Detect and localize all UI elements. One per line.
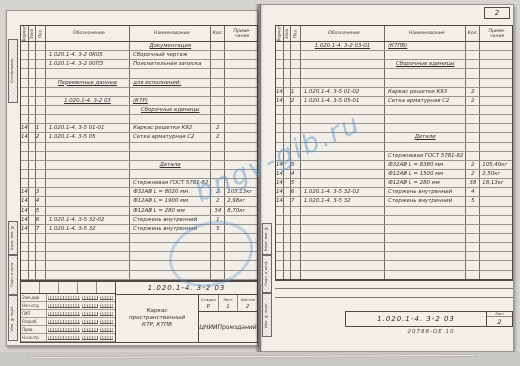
margin-label: Инв. № подл. <box>263 294 271 336</box>
cell-zone <box>29 170 36 178</box>
cell-designation: 1.020.1-4. 3-2 0К05 <box>46 51 130 59</box>
cell-format <box>276 252 284 260</box>
cell-format: 14 <box>21 207 29 215</box>
titleblock-right-docbox: 1.020.1-4. 3-2 03 Лист 2 <box>345 311 513 327</box>
cell-name: Детали <box>130 161 211 169</box>
cell-note <box>225 69 257 77</box>
spec-header: Формат Зона Поз. Обозначение Наименовани… <box>21 26 257 42</box>
cell-designation: 1.020.1-4. 3-5 01-02 <box>301 88 385 96</box>
date-scribble <box>100 304 113 308</box>
cell-designation <box>301 252 385 260</box>
cell-zone <box>29 252 36 260</box>
cell-name: Детали <box>385 133 466 141</box>
cell-zone <box>284 106 291 114</box>
cell-qty <box>211 261 225 269</box>
cell-note <box>225 115 257 123</box>
cell-zone <box>29 234 36 242</box>
cell-note <box>480 252 512 260</box>
cell-note: 2,98кг <box>225 197 257 205</box>
table-row <box>276 115 512 124</box>
cell-zone <box>284 124 291 132</box>
table-row: 14 1 1.020.1-4. 3-5 01-02 Каркас решетки… <box>276 88 512 97</box>
cell-format <box>21 106 29 114</box>
cell-zone <box>29 179 36 187</box>
cell-format <box>276 261 284 269</box>
table-row: 14 6 1.020.1-4. 3-5 32-02 Стержень внутр… <box>276 188 512 197</box>
role-label: Зам.дир. <box>21 294 47 301</box>
table-row <box>276 143 512 152</box>
cell-format <box>21 42 29 50</box>
cell-pos <box>291 234 301 242</box>
table-row: Документация <box>21 42 257 51</box>
cell-designation <box>46 69 130 77</box>
cell-qty <box>466 207 480 215</box>
cell-name: Ф12АⅢ L = 280 мм <box>385 179 466 187</box>
cell-zone <box>284 79 291 87</box>
cell-note <box>225 261 257 269</box>
col-designation: Обозначение <box>301 26 385 41</box>
cell-note <box>225 179 257 187</box>
cell-pos <box>291 115 301 123</box>
cell-name: Ф32АⅢ L = 8380 мм <box>385 161 466 169</box>
cell-qty: 5 <box>211 225 225 233</box>
cell-note <box>480 234 512 242</box>
cell-name <box>385 234 466 242</box>
cell-designation: 1.020.1-4. 3-5 05-01 <box>301 97 385 105</box>
cell-note <box>225 234 257 242</box>
table-row <box>21 88 257 97</box>
cell-pos <box>291 60 301 68</box>
cell-designation <box>301 79 385 87</box>
cell-qty: 2 <box>211 188 225 196</box>
cell-note <box>225 161 257 169</box>
cell-pos <box>36 179 46 187</box>
table-row <box>21 271 257 280</box>
table-row: 14 6 1.020.1-4. 3-5 32-02 Стержень внутр… <box>21 216 257 225</box>
cell-qty <box>211 152 225 160</box>
stage-grid: Стадия Лист Листов Р 1 2 <box>199 295 257 312</box>
cell-designation <box>301 161 385 169</box>
cell-pos <box>291 152 301 160</box>
cell-qty <box>466 124 480 132</box>
cell-note <box>225 60 257 68</box>
col-pos: Поз. <box>291 26 301 41</box>
table-row <box>21 252 257 261</box>
cell-format: 14 <box>21 197 29 205</box>
cell-qty <box>211 106 225 114</box>
cell-format <box>276 51 284 59</box>
cell-pos <box>36 106 46 114</box>
cell-zone <box>29 188 36 196</box>
cell-zone <box>29 97 36 105</box>
cell-qty <box>466 51 480 59</box>
cell-zone <box>29 106 36 114</box>
cell-qty <box>211 243 225 251</box>
cell-pos <box>291 261 301 269</box>
handwritten-name <box>48 296 80 300</box>
cell-note <box>225 97 257 105</box>
cell-note <box>225 271 257 279</box>
cell-format <box>276 234 284 242</box>
cell-designation: 1.020.1-4. 3-5 32-02 <box>46 216 130 224</box>
cell-pos <box>36 88 46 96</box>
col-qty: Кол. <box>211 26 225 41</box>
cell-format: 14 <box>21 188 29 196</box>
cell-format <box>276 60 284 68</box>
cell-designation <box>301 234 385 242</box>
cell-name: Сборочные единицы <box>385 60 466 68</box>
margin-label: Инв. № подл. <box>9 296 17 340</box>
cell-pos: 1 <box>36 124 46 132</box>
cell-pos <box>291 133 301 141</box>
document-title: Каркас пространственный К7Р, К7ПВ <box>116 295 199 342</box>
cell-format <box>21 79 29 87</box>
margin-box-podp: Подп. и дата <box>262 255 272 293</box>
col-designation: Обозначение <box>46 26 130 41</box>
cell-zone <box>284 51 291 59</box>
signature-scribble <box>82 296 98 300</box>
cell-designation <box>301 106 385 114</box>
archive-stamp: 20788-ОЕ 10 <box>371 329 491 335</box>
cell-designation <box>46 252 130 260</box>
titleblock-left: Зам.дир. Нач.отд. <box>20 281 258 343</box>
cell-designation: 1.020.1-4. 3-5 01-01 <box>46 124 130 132</box>
cell-pos <box>291 143 301 151</box>
cell-designation <box>46 115 130 123</box>
cell-designation: 1.020.1-4. 3-2 03 <box>46 97 130 105</box>
col-pos: Поз. <box>36 26 46 41</box>
cell-designation <box>46 271 130 279</box>
cell-qty: 2 <box>211 124 225 132</box>
cell-qty <box>211 234 225 242</box>
cell-designation <box>301 271 385 279</box>
cell-pos: 1 <box>291 88 301 96</box>
cell-note <box>225 243 257 251</box>
cell-format <box>276 133 284 141</box>
margin-label: Взам. инв. № <box>9 222 17 254</box>
cell-format: 14 <box>21 216 29 224</box>
cell-note: 18,13кг <box>480 179 512 187</box>
cell-qty <box>466 60 480 68</box>
cell-format <box>21 234 29 242</box>
cell-format <box>276 106 284 114</box>
cell-note <box>480 271 512 279</box>
col-zone: Зона <box>284 26 291 41</box>
cell-note <box>480 88 512 96</box>
cell-name <box>130 88 211 96</box>
cell-designation <box>46 188 130 196</box>
table-row: 14 2 1.020.1-4. 3-5 05 Сетка арматурная … <box>21 133 257 142</box>
cell-zone <box>284 152 291 160</box>
titleblock-right-grid <box>275 279 513 297</box>
table-row <box>21 152 257 161</box>
cell-name <box>385 115 466 123</box>
table-row: 1.020.1-4. 3-2 00ПЗ Пояснительная записк… <box>21 60 257 69</box>
cell-qty <box>211 69 225 77</box>
margin-label: Согласовано <box>9 40 17 102</box>
cell-note <box>480 42 512 50</box>
cell-name <box>130 271 211 279</box>
cell-designation <box>46 261 130 269</box>
cell-name: Каркас решетки К93 <box>385 88 466 96</box>
cell-format <box>21 170 29 178</box>
cell-zone <box>284 60 291 68</box>
cell-pos <box>36 69 46 77</box>
cell-designation <box>301 261 385 269</box>
cell-designation <box>46 42 130 50</box>
table-row: 14 5 Ф12АⅢ L = 280 мм 38 18,13кг <box>276 179 512 188</box>
cell-name <box>385 79 466 87</box>
table-row: 14 1 1.020.1-4. 3-5 01-01 Каркас решетки… <box>21 124 257 133</box>
cell-pos <box>36 143 46 151</box>
margin-box-agreed: Согласовано <box>8 39 18 103</box>
cell-pos <box>36 152 46 160</box>
cell-zone <box>284 143 291 151</box>
cell-pos <box>291 69 301 77</box>
cell-format <box>21 161 29 169</box>
cell-zone <box>284 197 291 205</box>
cell-format <box>21 261 29 269</box>
cell-name <box>385 143 466 151</box>
cell-note <box>480 225 512 233</box>
cell-name <box>385 69 466 77</box>
handwritten-name <box>48 320 80 324</box>
cell-format: 14 <box>21 133 29 141</box>
table-row: 1.020.1-4. 3-2 03-01 (К7ПВ) <box>276 42 512 51</box>
cell-note: 105,13кг <box>225 188 257 196</box>
cell-pos <box>36 42 46 50</box>
spec-rows-left: Документация 1.020.1-4. 3-2 0К05 Сборочн… <box>21 42 257 280</box>
cell-note <box>480 143 512 151</box>
cell-name: Стержень внутренний <box>130 216 211 224</box>
cell-name: Сборочный чертеж <box>130 51 211 59</box>
handwritten-name <box>48 336 80 340</box>
cell-note <box>480 69 512 77</box>
cell-qty <box>466 152 480 160</box>
cell-qty: 2 <box>211 133 225 141</box>
cell-zone <box>29 152 36 160</box>
margin-box-podp: Подп. и дата <box>8 255 18 295</box>
cell-zone <box>29 60 36 68</box>
cell-name: Стержень внутренний <box>385 188 466 196</box>
cell-designation <box>46 143 130 151</box>
cell-note <box>480 60 512 68</box>
cell-format <box>276 69 284 77</box>
cell-format <box>276 243 284 251</box>
cell-qty <box>466 133 480 141</box>
cell-designation <box>301 179 385 187</box>
cell-zone <box>29 79 36 87</box>
table-row <box>21 261 257 270</box>
margin-label: Взам. инв. № <box>263 224 271 254</box>
table-row <box>276 234 512 243</box>
col-name: Наименование <box>385 26 466 41</box>
cell-name <box>130 234 211 242</box>
col-format: Формат <box>276 26 284 41</box>
margin-label: Подп. и дата <box>263 256 271 292</box>
scanned-document-background: Согласовано Взам. инв. № Подп. и дата Ин… <box>0 0 520 366</box>
cell-format: 14 <box>276 161 284 169</box>
signature-column: Зам.дир. Нач.отд. <box>21 282 116 342</box>
cell-format: 14 <box>276 170 284 178</box>
cell-zone <box>29 143 36 151</box>
table-row: 14 2 1.020.1-4. 3-5 05-01 Сетка арматурн… <box>276 97 512 106</box>
role-label: Пров. <box>21 326 47 333</box>
cell-pos: 5 <box>291 179 301 187</box>
cell-format: 14 <box>21 225 29 233</box>
cell-zone <box>284 115 291 123</box>
table-row <box>21 234 257 243</box>
cell-zone <box>29 115 36 123</box>
cell-pos: 7 <box>291 197 301 205</box>
cell-designation <box>301 133 385 141</box>
cell-qty <box>211 97 225 105</box>
cell-qty <box>211 42 225 50</box>
margin-box-inv: Инв. № подл. <box>262 293 272 337</box>
table-row: 1.020.1-4. 3-2 03 (К7Р) <box>21 97 257 106</box>
document-number: 1.020.1-4. 3-2 03 <box>116 282 257 295</box>
cell-format <box>21 115 29 123</box>
cell-name <box>385 207 466 215</box>
cell-note <box>225 79 257 87</box>
cell-pos <box>291 106 301 114</box>
cell-note <box>480 243 512 251</box>
cell-note <box>225 133 257 141</box>
cell-qty: 4 <box>466 188 480 196</box>
signature-row: Нач.отд. <box>21 302 115 310</box>
cell-name: Пояснительная записка <box>130 60 211 68</box>
cell-qty <box>211 252 225 260</box>
cell-qty <box>211 161 225 169</box>
cell-qty <box>211 179 225 187</box>
cell-zone <box>284 179 291 187</box>
cell-zone <box>284 243 291 251</box>
cell-pos: 3 <box>36 188 46 196</box>
cell-zone <box>284 234 291 242</box>
cell-name <box>385 261 466 269</box>
signature-row: Разраб. <box>21 318 115 326</box>
cell-designation <box>46 243 130 251</box>
cell-format <box>21 97 29 105</box>
cell-note <box>480 79 512 87</box>
table-row <box>276 243 512 252</box>
cell-format: 14 <box>21 124 29 132</box>
cell-qty <box>466 252 480 260</box>
cell-name: Документация <box>130 42 211 50</box>
cell-designation <box>46 170 130 178</box>
cell-designation <box>301 69 385 77</box>
cell-pos <box>36 234 46 242</box>
date-scribble <box>100 320 113 324</box>
role-label: Н.контр. <box>21 334 47 341</box>
spec-table-left: Формат Зона Поз. Обозначение Наименовани… <box>20 25 258 281</box>
cell-zone <box>284 261 291 269</box>
cell-qty <box>466 271 480 279</box>
change-strip <box>21 282 115 294</box>
cell-format: 14 <box>276 179 284 187</box>
table-row <box>21 243 257 252</box>
cell-note <box>225 143 257 151</box>
cell-note <box>225 88 257 96</box>
cell-designation <box>46 88 130 96</box>
cell-format <box>21 51 29 59</box>
cell-zone <box>29 42 36 50</box>
cell-note: 8,70кг <box>225 207 257 215</box>
cell-format <box>276 207 284 215</box>
role-label: ГИП <box>21 310 47 317</box>
sheet-left: Согласовано Взам. инв. № Подп. и дата Ин… <box>6 10 258 346</box>
cell-qty <box>211 271 225 279</box>
cell-qty <box>211 115 225 123</box>
cell-designation <box>301 60 385 68</box>
cell-name: Сетка арматурная С2 <box>130 133 211 141</box>
cell-name: для исполнений: <box>130 79 211 87</box>
cell-designation <box>301 143 385 151</box>
cell-zone <box>284 88 291 96</box>
cell-designation <box>46 197 130 205</box>
cell-note <box>480 106 512 114</box>
cell-note <box>480 124 512 132</box>
cell-designation <box>46 152 130 160</box>
signature-scribble <box>82 328 98 332</box>
cell-zone <box>284 252 291 260</box>
cell-name <box>385 124 466 132</box>
cell-zone <box>284 170 291 178</box>
table-row <box>276 225 512 234</box>
cell-name <box>130 170 211 178</box>
cell-note <box>480 133 512 141</box>
table-row <box>276 207 512 216</box>
cell-zone <box>29 161 36 169</box>
cell-name <box>130 69 211 77</box>
cell-zone <box>284 69 291 77</box>
cell-qty: 1 <box>211 216 225 224</box>
cell-name <box>385 51 466 59</box>
signature-row: ГИП <box>21 310 115 318</box>
cell-note <box>480 115 512 123</box>
cell-pos: 5 <box>36 207 46 215</box>
signature-scribble <box>82 320 98 324</box>
cell-format <box>21 88 29 96</box>
cell-qty <box>466 69 480 77</box>
cell-designation <box>46 179 130 187</box>
table-row <box>21 69 257 78</box>
margin-label: Подп. и дата <box>9 256 17 294</box>
cell-pos <box>291 243 301 251</box>
cell-name <box>385 216 466 224</box>
cell-note <box>480 97 512 105</box>
cell-pos <box>291 79 301 87</box>
table-row <box>276 252 512 261</box>
cell-format <box>276 124 284 132</box>
cell-zone <box>29 271 36 279</box>
cell-pos <box>36 261 46 269</box>
cell-format: 14 <box>276 97 284 105</box>
cell-pos <box>36 79 46 87</box>
table-row: Стержневая ГОСТ 5781-82 <box>21 179 257 188</box>
cell-pos: 4 <box>36 197 46 205</box>
col-name: Наименование <box>130 26 211 41</box>
cell-pos <box>36 252 46 260</box>
cell-designation <box>301 216 385 224</box>
table-row: Стержневая ГОСТ 5781-82 <box>276 152 512 161</box>
cell-note <box>225 225 257 233</box>
cell-pos <box>291 124 301 132</box>
cell-zone <box>284 133 291 141</box>
table-row <box>21 115 257 124</box>
cell-zone <box>284 188 291 196</box>
cell-pos: 4 <box>291 170 301 178</box>
